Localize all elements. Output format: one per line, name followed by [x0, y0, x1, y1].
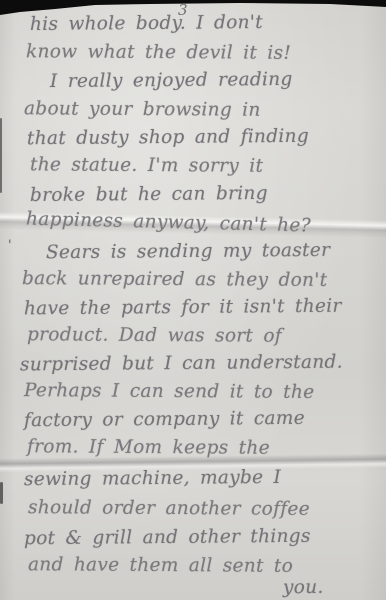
handwritten-line: factory or company it came	[24, 408, 305, 431]
handwritten-line: Sears is sending my toaster	[46, 240, 330, 263]
handwritten-line: Perhaps I can send it to the	[24, 380, 315, 403]
handwritten-line: his whole body. I don't	[30, 12, 263, 35]
handwritten-line: that dusty shop and finding	[27, 126, 309, 149]
handwritten-line: surprised but I can understand.	[20, 352, 343, 376]
handwritten-line: from. If Mom keeps the	[27, 436, 270, 458]
handwritten-signoff: you.	[283, 577, 324, 598]
scanned-letter-page: 3 ' his whole body. I don't know what th…	[0, 0, 386, 600]
handwritten-line: sewing machine, maybe I	[24, 467, 281, 490]
handwritten-line: back unrepaired as they don't	[22, 268, 328, 291]
handwritten-line: broke but he can bring	[30, 183, 268, 206]
handwritten-line: should order another coffee	[28, 497, 310, 520]
letter-body: his whole body. I don't know what the de…	[0, 0, 386, 600]
handwritten-line: the statue. I'm sorry it	[30, 154, 263, 176]
handwritten-line: about your browsing in	[24, 98, 261, 120]
handwritten-line: and have them all sent to	[28, 554, 293, 577]
handwritten-line: know what the devil it is!	[26, 41, 291, 64]
handwritten-line: happiness anyway, can't he?	[26, 209, 311, 237]
handwritten-line: have the parts for it isn't their	[24, 296, 342, 320]
handwritten-line: pot & grill and other things	[24, 526, 311, 550]
handwritten-line: product. Dad was sort of	[27, 324, 282, 347]
handwritten-line: I really enjoyed reading	[50, 69, 293, 92]
